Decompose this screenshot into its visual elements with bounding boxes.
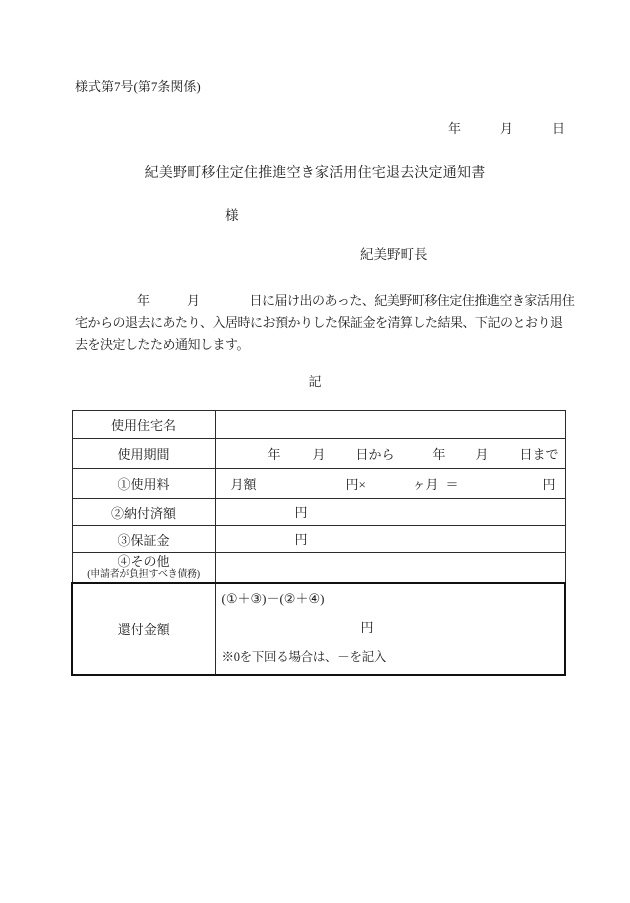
row-deposit: ③保証金 円 xyxy=(72,526,565,553)
refund-label: 還付金額 xyxy=(72,583,215,675)
other-value xyxy=(215,553,565,583)
period-month-from-label: 月 xyxy=(313,444,326,463)
period-year-from-label: 年 xyxy=(268,444,281,463)
fee-yen-times-label: 円× xyxy=(346,474,366,493)
paid-amount-label: ②納付済額 xyxy=(72,499,215,526)
fee-monthly-label: 月額 xyxy=(231,474,257,493)
other-label: ④その他 (申請者が負担すべき債務) xyxy=(72,553,215,583)
period-year-to-label: 年 xyxy=(433,444,446,463)
paid-amount-yen-label: 円 xyxy=(295,502,308,521)
fee-total-yen-label: 円 xyxy=(543,474,556,493)
row-refund-amount: 還付金額 (①＋③)－(②＋④) 円 ※0を下回る場合は、－を記入 xyxy=(72,583,565,675)
document-title: 紀美野町移住定住推進空き家活用住宅退去決定通知書 xyxy=(0,162,630,182)
body-line-2: 宅からの退去にあたり、入居時にお預かりした保証金を清算した結果、下記のとおり退 xyxy=(75,312,563,331)
row-other: ④その他 (申請者が負担すべき債務) xyxy=(72,553,565,583)
date-year-label: 年 xyxy=(448,118,461,137)
other-main-label: ④その他 xyxy=(73,554,215,569)
period-month-to-label: 月 xyxy=(476,444,489,463)
period-day-from-label: 日から xyxy=(356,444,395,463)
row-paid-amount: ②納付済額 円 xyxy=(72,499,565,526)
housing-name-label: 使用住宅名 xyxy=(72,411,215,439)
fee-equals-sign: ＝ xyxy=(446,474,459,493)
sender-name: 紀美野町長 xyxy=(360,243,428,263)
row-usage-fee: ①使用料 月額 円× ヶ月 ＝ 円 xyxy=(72,469,565,499)
usage-fee-value: 月額 円× ヶ月 ＝ 円 xyxy=(215,469,565,499)
form-number: 様式第7号(第7条関係) xyxy=(75,76,201,95)
date-month-label: 月 xyxy=(500,118,513,137)
usage-period-value: 年 月 日から 年 月 日まで xyxy=(215,439,565,469)
refund-settlement-table: 使用住宅名 使用期間 年 月 日から 年 月 日まで ①使用料 月額 円× ヶ月… xyxy=(71,410,566,676)
body-line-1: 年 月 日に届け出のあった、紀美野町移住定住推進空き家活用住 xyxy=(75,290,574,309)
deposit-label: ③保証金 xyxy=(72,526,215,553)
addressee-honorific: 様 xyxy=(225,204,239,224)
refund-formula: (①＋③)－(②＋④) xyxy=(222,588,325,607)
usage-fee-label: ①使用料 xyxy=(72,469,215,499)
date-day-label: 日 xyxy=(552,118,565,137)
paid-amount-value: 円 xyxy=(215,499,565,526)
refund-note: ※0を下回る場合は、－を記入 xyxy=(222,647,387,665)
refund-yen-label: 円 xyxy=(361,617,374,636)
refund-value: (①＋③)－(②＋④) 円 ※0を下回る場合は、－を記入 xyxy=(215,583,565,675)
period-day-to-label: 日まで xyxy=(520,444,559,463)
row-housing-name: 使用住宅名 xyxy=(72,411,565,439)
document-page: 様式第7号(第7条関係) 年 月 日 紀美野町移住定住推進空き家活用住宅退去決定… xyxy=(0,0,630,903)
record-marker: 記 xyxy=(0,371,630,390)
deposit-value: 円 xyxy=(215,526,565,553)
other-sub-label: (申請者が負担すべき債務) xyxy=(73,569,215,581)
deposit-yen-label: 円 xyxy=(295,529,308,548)
body-line-3: 去を決定したため通知します。 xyxy=(75,334,249,353)
usage-period-label: 使用期間 xyxy=(72,439,215,469)
fee-months-label: ヶ月 xyxy=(413,474,439,493)
row-usage-period: 使用期間 年 月 日から 年 月 日まで xyxy=(72,439,565,469)
housing-name-value xyxy=(215,411,565,439)
